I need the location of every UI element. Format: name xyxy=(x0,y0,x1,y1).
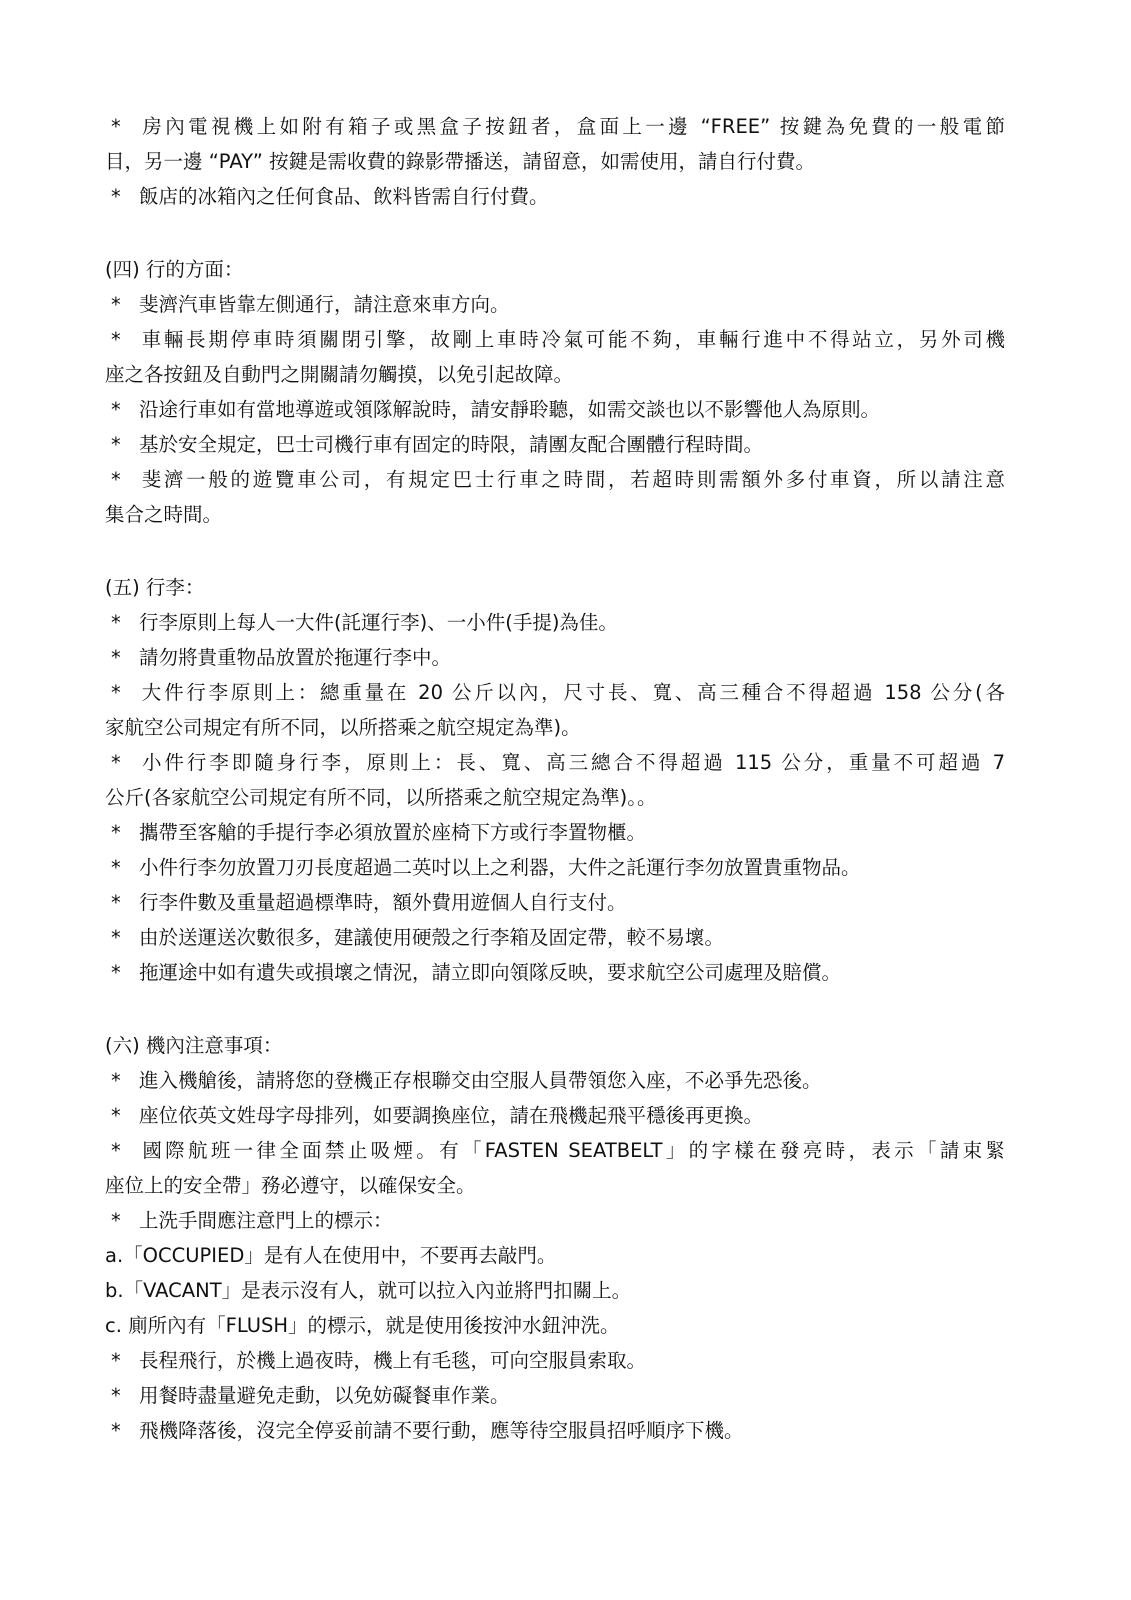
bullet-marker: * xyxy=(105,287,139,322)
section-heading: (五) 行李： xyxy=(105,570,1005,605)
list-item: *小件行李勿放置刀刃長度超過二英吋以上之利器，大件之託運行李勿放置貴重物品。 xyxy=(105,850,1005,885)
bullet-marker: * xyxy=(105,1343,139,1378)
bullet-marker: * xyxy=(105,179,139,214)
list-item: *行李件數及重量超過標準時，額外費用遊個人自行支付。 xyxy=(105,885,1005,920)
list-item: *用餐時盡量避免走動，以免妨礙餐車作業。 xyxy=(105,1378,1005,1413)
list-item: *攜帶至客艙的手提行李必須放置於座椅下方或行李置物櫃。 xyxy=(105,815,1005,850)
bullet-marker: * xyxy=(105,815,139,850)
list-item: *上洗手間應注意門上的標示： xyxy=(105,1203,1005,1238)
bullet-marker: * xyxy=(105,1063,139,1098)
text-line: 目，另一邊 “PAY” 按鍵是需收費的錄影帶播送，請留意，如需使用，請自行付費。 xyxy=(105,144,1005,179)
list-item: *進入機艙後，請將您的登機正存根聯交由空服人員帶領您入座，不必爭先恐後。 xyxy=(105,1063,1005,1098)
document-page: *房內電視機上如附有箱子或黑盒子按鈕者，盒面上一邊 “FREE” 按鍵為免費的一… xyxy=(105,109,1005,1448)
bullet-marker: * xyxy=(105,955,139,990)
bullet-marker: * xyxy=(105,1378,139,1413)
bullet-marker: * xyxy=(105,427,139,462)
bullet-marker: * xyxy=(105,322,139,357)
list-item: *大件行李原則上：總重量在 20 公斤以內，尺寸長、寬、高三種合不得超過 158… xyxy=(105,675,1005,710)
bullet-marker: * xyxy=(105,462,139,497)
sub-item-b: b.「VACANT」是表示沒有人，就可以拉入內並將門扣關上。 xyxy=(105,1273,1005,1308)
sub-item-c: c. 廁所內有「FLUSH」的標示，就是使用後按沖水鈕沖洗。 xyxy=(105,1308,1005,1343)
list-item: *座位依英文姓母字母排列，如要調換座位，請在飛機起飛平穩後再更換。 xyxy=(105,1098,1005,1133)
bullet-marker: * xyxy=(105,850,139,885)
section-heading: (六) 機內注意事項： xyxy=(105,1028,1005,1063)
list-item-continued: 家航空公司規定有所不同，以所搭乘之航空規定為準)。 xyxy=(105,710,1005,745)
bullet-marker: * xyxy=(105,109,139,144)
list-item: *拖運途中如有遺失或損壞之情況，請立即向領隊反映，要求航空公司處理及賠償。 xyxy=(105,955,1005,990)
list-item: *飛機降落後，沒完全停妥前請不要行動，應等待空服員招呼順序下機。 xyxy=(105,1413,1005,1448)
list-item-continued: 座之各按鈕及自動門之開關請勿觸摸，以免引起故障。 xyxy=(105,357,1005,392)
list-item: *國際航班一律全面禁止吸煙。有「FASTEN SEATBELT」的字樣在發亮時，… xyxy=(105,1133,1005,1168)
list-item: *請勿將貴重物品放置於拖運行李中。 xyxy=(105,640,1005,675)
list-item: *小件行李即隨身行李，原則上：長、寬、高三總合不得超過 115 公分，重量不可超… xyxy=(105,745,1005,780)
bullet-marker: * xyxy=(105,675,139,710)
list-item-continued: 座位上的安全帶」務必遵守，以確保安全。 xyxy=(105,1168,1005,1203)
bullet-marker: * xyxy=(105,1098,139,1133)
list-item: *斐濟一般的遊覽車公司，有規定巴士行車之時間，若超時則需額外多付車資，所以請注意 xyxy=(105,462,1005,497)
bullet-marker: * xyxy=(105,1203,139,1238)
list-item: *行李原則上每人一大件(託運行李)、一小件(手提)為佳。 xyxy=(105,605,1005,640)
list-item: *長程飛行，於機上過夜時，機上有毛毯，可向空服員索取。 xyxy=(105,1343,1005,1378)
list-item: *由於送運送次數很多，建議使用硬殼之行李箱及固定帶，較不易壞。 xyxy=(105,920,1005,955)
bullet-marker: * xyxy=(105,1413,139,1448)
list-item-continued: 公斤(各家航空公司規定有所不同，以所搭乘之航空規定為準)。。 xyxy=(105,780,1005,815)
bullet-marker: * xyxy=(105,920,139,955)
bullet-marker: * xyxy=(105,392,139,427)
list-item: *沿途行車如有當地導遊或領隊解說時，請安靜聆聽，如需交談也以不影響他人為原則。 xyxy=(105,392,1005,427)
bullet-marker: * xyxy=(105,885,139,920)
bullet-marker: * xyxy=(105,745,139,780)
section-heading: (四) 行的方面： xyxy=(105,252,1005,287)
list-item: *車輛長期停車時須關閉引擎，故剛上車時冷氣可能不夠，車輛行進中不得站立，另外司機 xyxy=(105,322,1005,357)
list-item-continued: 集合之時間。 xyxy=(105,497,1005,532)
text-line: *飯店的冰箱內之任何食品、飲料皆需自行付費。 xyxy=(105,179,1005,214)
list-item: *斐濟汽車皆靠左側通行，請注意來車方向。 xyxy=(105,287,1005,322)
bullet-marker: * xyxy=(105,1133,139,1168)
bullet-marker: * xyxy=(105,605,139,640)
text-line: *房內電視機上如附有箱子或黑盒子按鈕者，盒面上一邊 “FREE” 按鍵為免費的一… xyxy=(105,109,1005,144)
bullet-marker: * xyxy=(105,640,139,675)
sub-item-a: a.「OCCUPIED」是有人在使用中，不要再去敲門。 xyxy=(105,1238,1005,1273)
list-item: *基於安全規定，巴士司機行車有固定的時限，請團友配合團體行程時間。 xyxy=(105,427,1005,462)
